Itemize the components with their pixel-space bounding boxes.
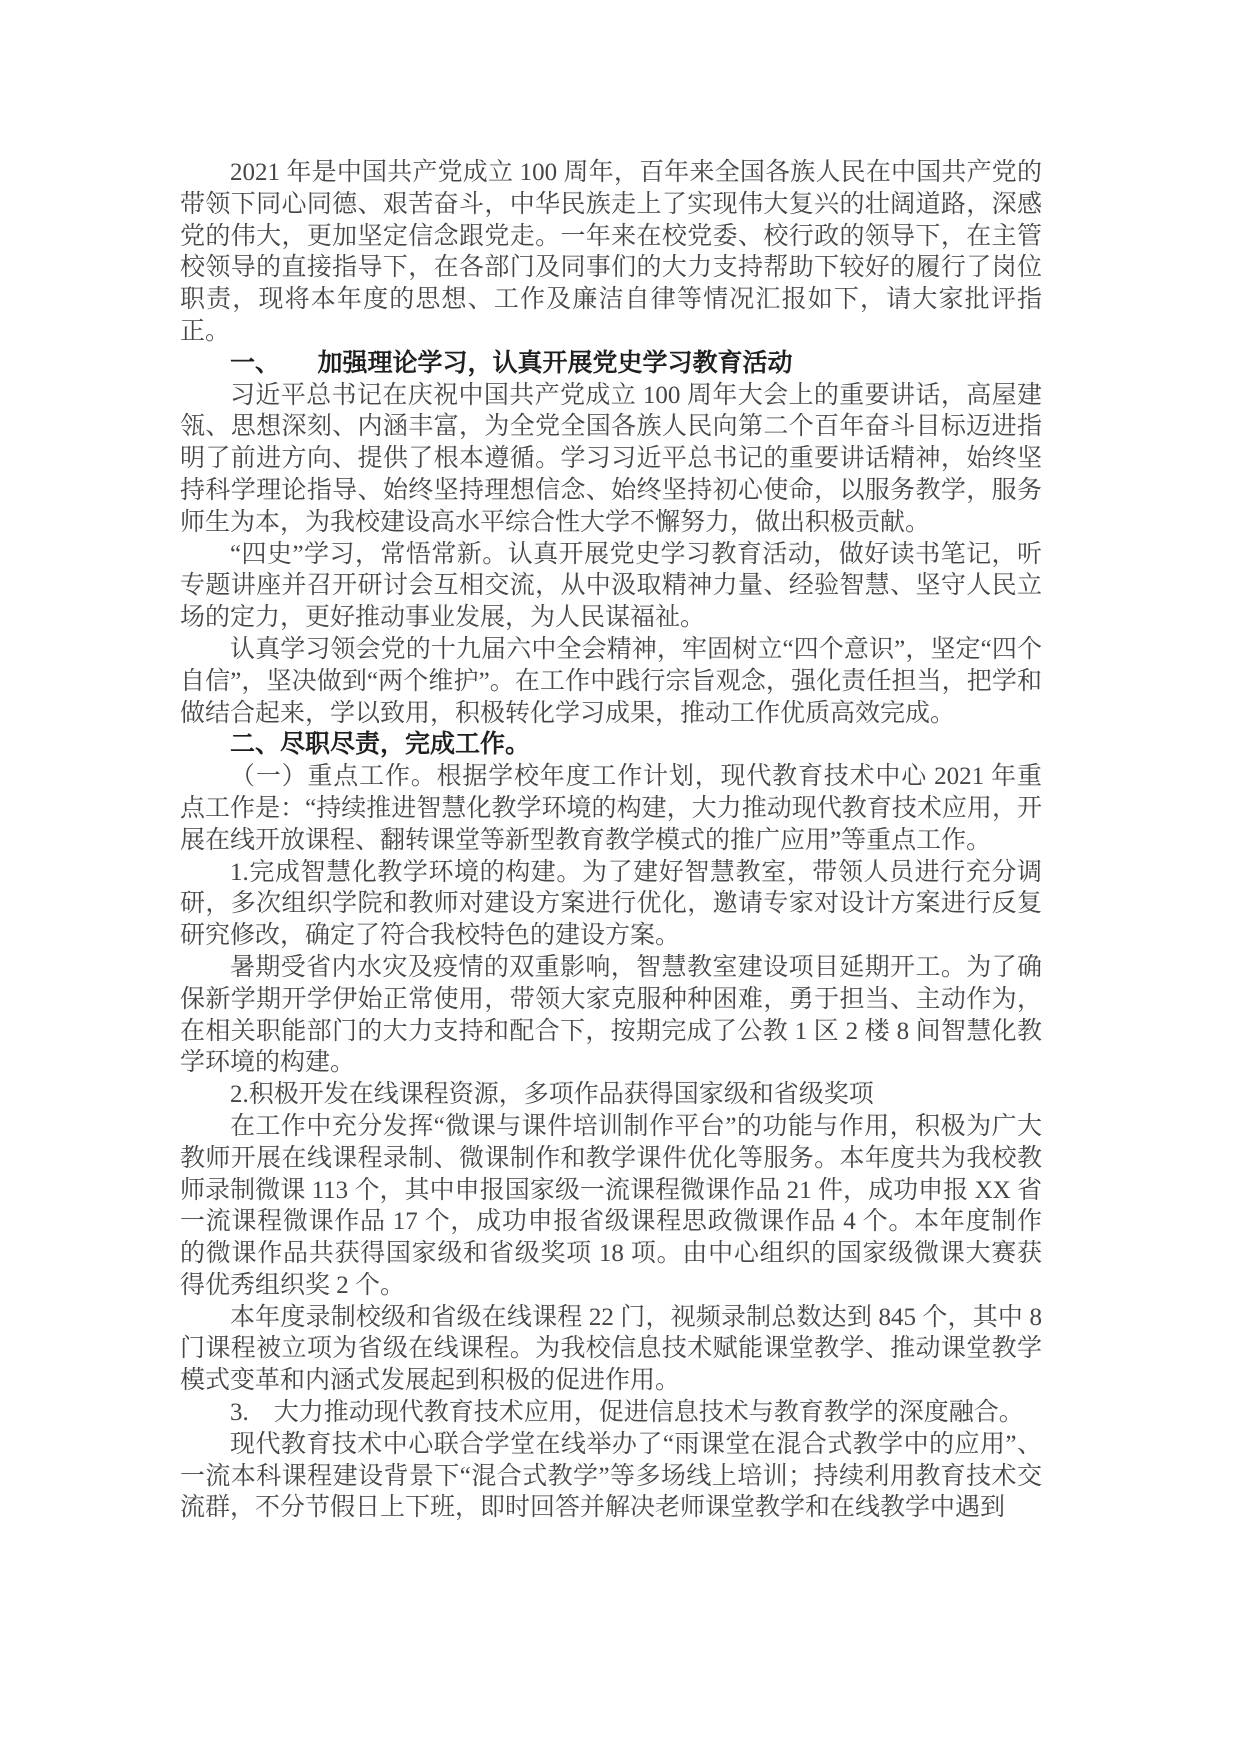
document-page: 2021 年是中国共产党成立 100 周年，百年来全国各族人民在中国共产党的带领… bbox=[0, 0, 1240, 1754]
paragraph: 现代教育技术中心联合学堂在线举办了“雨课堂在混合式教学中的应用”、一流本科课程建… bbox=[180, 1429, 1042, 1524]
paragraph: 在工作中充分发挥“微课与课件培训制作平台”的功能与作用，积极为广大教师开展在线课… bbox=[180, 1111, 1042, 1302]
paragraph: 暑期受省内水灾及疫情的双重影响，智慧教室建设项目延期开工。为了确保新学期开学伊始… bbox=[180, 952, 1042, 1079]
paragraph: 认真学习领会党的十九届六中全会精神，牢固树立“四个意识”，坚定“四个自信”，坚决… bbox=[180, 634, 1042, 729]
paragraph: 习近平总书记在庆祝中国共产党成立 100 周年大会上的重要讲话，高屋建瓴、思想深… bbox=[180, 380, 1042, 539]
paragraph: （一）重点工作。根据学校年度工作计划，现代教育技术中心 2021 年重点工作是：… bbox=[180, 761, 1042, 856]
paragraph: 2.积极开发在线课程资源，多项作品获得国家级和省级奖项 bbox=[180, 1079, 1042, 1111]
paragraph: “四史”学习，常悟常新。认真开展党史学习教育活动，做好读书笔记，听专题讲座并召开… bbox=[180, 539, 1042, 634]
paragraph: 本年度录制校级和省级在线课程 22 门，视频录制总数达到 845 个，其中 8 … bbox=[180, 1302, 1042, 1397]
document-body: 2021 年是中国共产党成立 100 周年，百年来全国各族人民在中国共产党的带领… bbox=[180, 157, 1042, 1524]
paragraph: 2021 年是中国共产党成立 100 周年，百年来全国各族人民在中国共产党的带领… bbox=[180, 157, 1042, 348]
paragraph: 3. 大力推动现代教育技术应用，促进信息技术与教育教学的深度融合。 bbox=[180, 1397, 1042, 1429]
paragraph: 1.完成智慧化教学环境的构建。为了建好智慧教室，带领人员进行充分调研，多次组织学… bbox=[180, 857, 1042, 952]
section-heading: 二、尽职尽责，完成工作。 bbox=[180, 729, 1042, 761]
section-heading: 一、 加强理论学习，认真开展党史学习教育活动 bbox=[180, 348, 1042, 380]
